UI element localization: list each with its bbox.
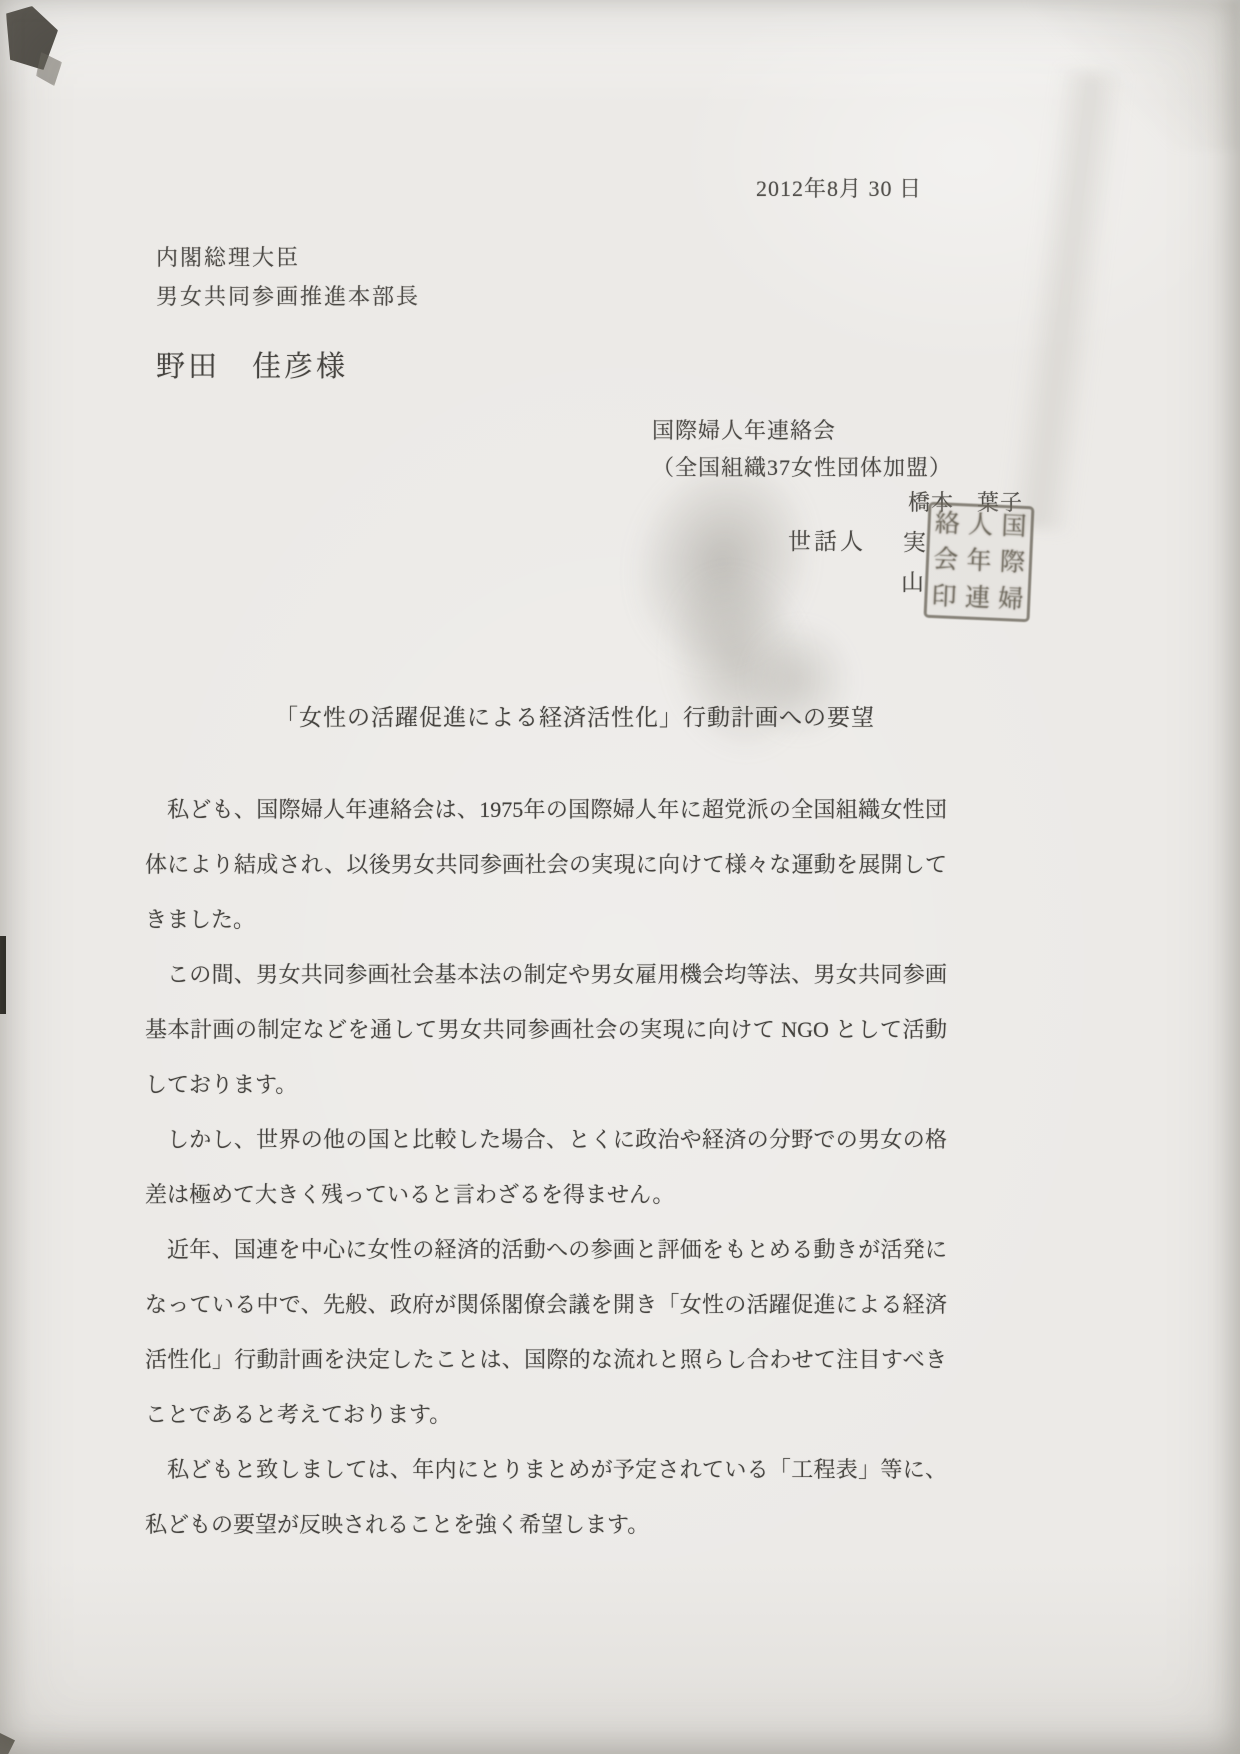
scan-artifact-left-edge-bar: [0, 936, 6, 1014]
paragraph-1: 私ども、国際婦人年連絡会は、1975年の国際婦人年に超党派の全国組織女性団体によ…: [145, 782, 947, 947]
seal-char: 際: [999, 550, 1025, 576]
seal-char: 年: [966, 549, 992, 575]
scan-fold-top-right: [1020, 0, 1240, 150]
paragraph-2: この間、男女共同参画社会基本法の制定や男女雇用機会均等法、男女共同参画基本計画の…: [145, 947, 947, 1112]
recipient-block: 内閣総理大臣 男女共同参画推進本部長: [156, 238, 420, 316]
seal-char: 会: [933, 547, 959, 573]
sender-organization-note: （全国組織37女性団体加盟）: [652, 449, 952, 486]
letter-title: 「女性の活躍促進による経済活性化」行動計画への要望: [140, 699, 1010, 732]
scan-crease-right: [1002, 67, 1128, 532]
scanned-letter-page: 2012年8月 30 日 内閣総理大臣 男女共同参画推進本部長 野田 佳彦様 国…: [0, 0, 1240, 1754]
seal-char: 連: [964, 586, 990, 612]
seal-char: 絡: [934, 511, 960, 537]
recipient-name: 野田 佳彦様: [156, 344, 348, 385]
scan-shade-bottom: [0, 1560, 1240, 1754]
seal-char: 国: [1001, 514, 1027, 540]
paragraph-3: しかし、世界の他の国と比較した場合、とくに政治や経済の分野での男女の格差は極めて…: [145, 1112, 947, 1222]
paragraph-4: 近年、国連を中心に女性の経済的活動への参画と評価をもとめる動きが活発になっている…: [145, 1222, 947, 1442]
scan-artifact-top-left-mark: [6, 6, 58, 70]
sender-role-label: 世話人: [788, 523, 866, 556]
seal-char: 人: [968, 512, 994, 538]
letter-body: 私ども、国際婦人年連絡会は、1975年の国際婦人年に超党派の全国組織女性団体によ…: [145, 782, 947, 1552]
sender-name-partial-2: 実: [903, 524, 926, 557]
letter-date: 2012年8月 30 日: [756, 172, 922, 203]
scan-artifact-top-left-shadow: [36, 52, 62, 86]
paragraph-5: 私どもと致しましては、年内にとりまとめが予定されている「工程表」等に、私どもの要…: [145, 1442, 947, 1552]
sender-organization-block: 国際婦人年連絡会 （全国組織37女性団体加盟）: [652, 412, 952, 486]
recipient-title-line2: 男女共同参画推進本部長: [156, 277, 420, 316]
organization-seal-stamp: 絡 会 印 人 年 連 国 際 婦: [924, 502, 1035, 623]
seal-char: 婦: [998, 587, 1024, 613]
scan-artifact-bottom-left-speck: [0, 1733, 15, 1754]
scan-crease-smudge-lower: [650, 554, 826, 769]
seal-char: 印: [931, 584, 957, 610]
sender-organization-name: 国際婦人年連絡会: [652, 412, 952, 449]
recipient-title-line1: 内閣総理大臣: [156, 238, 420, 277]
sender-name-partial-3: 山: [901, 564, 924, 597]
